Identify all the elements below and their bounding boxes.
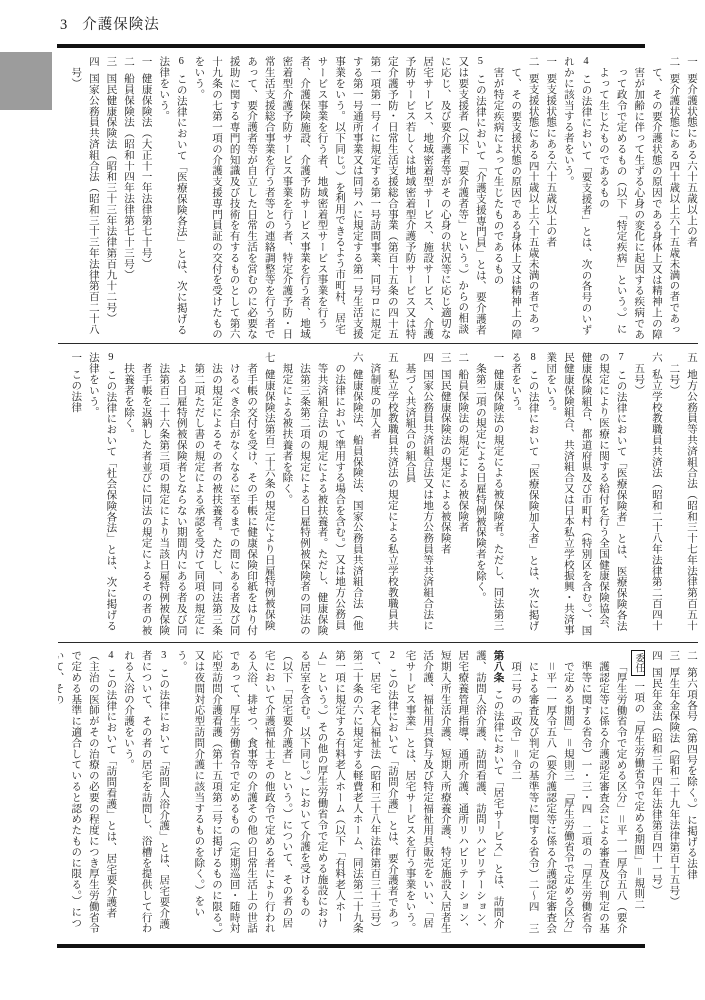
paragraph-number: 一 (141, 56, 152, 67)
law-paragraph: 三国民健康保険法（昭和三十三年法律第百九十二号） (102, 56, 120, 340)
paragraph-number: 二 (528, 56, 539, 67)
law-paragraph: 3この法律において「訪問入浴介護」とは、居宅要介護者について、その者の居宅を訪問… (119, 650, 172, 934)
law-paragraph: 委任一項の「厚生労働省令で定める期間」＝規則二 「厚生労働省令で定める区分」＝平… (506, 650, 647, 934)
paragraph-text: この法律において「社会保険各法」とは、次に掲げる法律をいう。 (88, 352, 117, 631)
law-paragraph: 一健康保険法の規定による被保険者。ただし、同法第三条第二項の規定による日雇特例被… (471, 352, 506, 636)
paragraph-number: 二 (668, 56, 679, 67)
paragraph-text: 私立学校教職員共済法の規定による私立学校教職員共済制度の加入者 (369, 363, 398, 631)
paragraph-number: 一 (686, 56, 697, 67)
paragraph-number: 一 (492, 352, 503, 363)
paragraph-text: この法律において「訪問看護」とは、居宅要介護者（主治の医師がその治療の必要の程度… (58, 650, 116, 933)
paragraph-text: この法律において「医療保険加入者」とは、次に掲げる者をいう。 (510, 352, 539, 631)
band-divider-2 (58, 642, 698, 643)
paragraph-number: 9 (105, 352, 116, 363)
law-paragraph: 二船員保険法の規定による被保険者 (454, 352, 472, 636)
paragraph-text: 健康保険法第百二十六条の規定により日雇特例被保険者手帳の交付を受け、その手帳に健… (123, 363, 275, 636)
law-book-page: 3介護保険法 一要介護状態にある六十五歳以上の者二要介護状態にある四十歳以上六十… (0, 0, 705, 1000)
paragraph-number: 四 (88, 56, 99, 67)
paragraph-number: 六 (352, 352, 363, 363)
paragraph-text: 要介護状態にある四十歳以上六十五歳未満の者であって、その要介護状態の原因である身… (598, 67, 679, 340)
paragraph-number: 七 (264, 352, 275, 363)
paragraph-text: この法律において「医療保険者」とは、医療保険各法の規定により医療に関する給付を行… (545, 352, 626, 636)
paragraph-text: この法律において「訪問入浴介護」とは、居宅要介護者について、その者の居宅を訪問し… (123, 650, 169, 933)
paragraph-text: 国家公務員共済組合法又は地方公務員等共済組合法に基づく共済組合の組合員 (405, 363, 434, 631)
delegation-badge: 委任 (631, 650, 645, 676)
paragraph-number: 四 (422, 352, 433, 363)
paragraph-number: 第八条 (492, 650, 503, 683)
law-paragraph: 7この法律において「医療保険者」とは、医療保険各法の規定により医療に関する給付を… (542, 352, 630, 636)
paragraph-text: この法律において「訪問介護」とは、要介護者であって、居宅（老人福祉法（昭和三十八… (176, 650, 398, 934)
law-paragraph: 二船員保険法（昭和十四年法律第七十三号） (119, 56, 137, 340)
law-paragraph: 一要支援状態にある六十五歳以上の者 (542, 56, 560, 340)
paragraph-number: 一 (70, 352, 81, 363)
law-paragraph: 四国家公務員共済組合法（昭和三十三年法律第百二十八号） (67, 56, 102, 340)
law-paragraph: 4この法律において「要支援者」とは、次の各号のいずれかに該当する者をいう。 (559, 56, 594, 340)
paragraph-number: 六 (651, 352, 662, 363)
paragraph-number: 二 (686, 650, 697, 661)
paragraph-number: 三 (668, 650, 679, 661)
law-paragraph: 四国民年金法（昭和三十四年法律第百四十一号） (647, 650, 665, 934)
paragraph-text: 一項の「厚生労働省令で定める期間」＝規則二 「厚生労働省令で定める区分」＝平一一… (510, 661, 644, 934)
law-paragraph: 9この法律において「社会保険各法」とは、次に掲げる法律をいう。 (84, 352, 119, 636)
paragraph-text: この法律において「要支援者」とは、次の各号のいずれかに該当する者をいう。 (563, 56, 592, 335)
text-band-2: 五地方公務員等共済組合法（昭和三十七年法律第百五十二号）六私立学校教職員共済法（… (58, 352, 700, 636)
paragraph-text: 厚生年金保険法（昭和二十九年法律第百十五号） (668, 667, 679, 907)
law-paragraph: 五私立学校教職員共済法の規定による私立学校教職員共済制度の加入者 (366, 352, 401, 636)
page-number: 3 (60, 17, 68, 33)
paragraph-text: 要支援状態にある六十五歳以上の者 (545, 73, 556, 247)
law-paragraph: 三国民健康保険法の規定による被保険者 (436, 352, 454, 636)
law-paragraph: 6この法律において「医療保険各法」とは、次に掲げる法律をいう。 (155, 56, 190, 340)
paragraph-text: 船員保険法の規定による被保険者 (457, 369, 468, 533)
paragraph-text: 私立学校教職員共済法（昭和二十八年法律第二百四十五号） (633, 363, 662, 631)
law-paragraph: 二要支援状態にある四十歳以上六十五歳未満の者であって、その要支援状態の原因である… (489, 56, 542, 340)
paragraph-text: この法律において「医療保険各法」とは、次に掲げる法律をいう。 (158, 56, 187, 335)
paragraph-text: この法律において「居宅サービス」とは、訪問介護、訪問入浴介護、訪問看護、訪問リハ… (405, 650, 504, 933)
paragraph-text: 地方公務員等共済組合法（昭和三十七年法律第百五十二号） (668, 363, 697, 631)
paragraph-text: 国民健康保険法（昭和三十三年法律第百九十二号） (105, 73, 116, 324)
paragraph-number: 三 (105, 56, 116, 67)
paragraph-number: 8 (528, 352, 539, 363)
paragraph-number: 4 (105, 650, 116, 661)
band-divider-1 (58, 343, 698, 344)
law-paragraph: 五地方公務員等共済組合法（昭和三十七年法律第百五十二号） (665, 352, 700, 636)
header-rule (57, 44, 645, 48)
paragraph-number: 4 (580, 56, 591, 67)
paragraph-number: 四 (651, 650, 662, 661)
law-paragraph: 二要介護状態にある四十歳以上六十五歳未満の者であって、その要介護状態の原因である… (594, 56, 682, 340)
bottom-rule (57, 944, 645, 948)
paragraph-number: 2 (387, 650, 398, 661)
paragraph-text: 船員保険法（昭和十四年法律第七十三号） (123, 73, 134, 280)
page-header: 3介護保険法 (60, 13, 160, 34)
paragraph-text: 国家公務員共済組合法（昭和三十三年法律第百二十八号） (70, 67, 99, 335)
law-paragraph: 一健康保険法（大正十一年法律第七十号） (137, 56, 155, 340)
paragraph-text: 国民年金法（昭和三十四年法律第百四十一号） (651, 667, 662, 896)
law-paragraph: 六私立学校教職員共済法（昭和二十八年法律第二百四十五号） (630, 352, 665, 636)
paragraph-number: 一 (545, 56, 556, 67)
law-paragraph: 5この法律において「介護支援専門員」とは、要介護者又は要支援者（以下「要介護者等… (190, 56, 489, 340)
paragraph-number: 7 (616, 352, 627, 363)
paragraph-text: 健康保険法の規定による被保険者。ただし、同法第三条第二項の規定による日雇特例被保… (475, 363, 504, 631)
paragraph-text: 要支援状態にある四十歳以上六十五歳未満の者であって、その要支援状態の原因である身… (492, 67, 538, 340)
paragraph-number: 6 (176, 56, 187, 67)
law-paragraph: 一この法律 (67, 352, 85, 636)
paragraph-text: 健康保険法（大正十一年法律第七十号） (141, 73, 152, 269)
law-paragraph: 2この法律において「訪問介護」とは、要介護者であって、居宅（老人福祉法（昭和三十… (172, 650, 401, 934)
law-paragraph: 六健康保険法、船員保険法、国家公務員共済組合法（他の法律において準用する場合を含… (278, 352, 366, 636)
paragraph-number: 三 (440, 352, 451, 363)
paragraph-text: この法律 (70, 369, 81, 413)
text-band-3: 二第六項各号（第四号を除く。）に掲げる法律三厚生年金保険法（昭和二十九年法律第百… (58, 650, 700, 934)
paragraph-text: 第六項各号（第四号を除く。）に掲げる法律 (686, 667, 697, 880)
page-title: 介護保険法 (82, 17, 160, 33)
law-paragraph: 一要介護状態にある六十五歳以上の者 (682, 56, 700, 340)
law-paragraph: 七健康保険法第百二十六条の規定により日雇特例被保険者手帳の交付を受け、その手帳に… (119, 352, 277, 636)
paragraph-number: 五 (387, 352, 398, 363)
paragraph-text: 国民健康保険法の規定による被保険者 (440, 369, 451, 554)
paragraph-number: 5 (475, 56, 486, 67)
text-band-1: 一要介護状態にある六十五歳以上の者二要介護状態にある四十歳以上六十五歳未満の者で… (58, 56, 700, 340)
law-paragraph: 四国家公務員共済組合法又は地方公務員等共済組合法に基づく共済組合の組合員 (401, 352, 436, 636)
paragraph-text: 健康保険法、船員保険法、国家公務員共済組合法（他の法律において準用する場合を含む… (281, 363, 362, 636)
edge-index-tab (0, 52, 52, 110)
paragraph-text: 要介護状態にある六十五歳以上の者 (686, 73, 697, 247)
law-paragraph: 三厚生年金保険法（昭和二十九年法律第百十五号） (665, 650, 683, 934)
paragraph-number: 二 (123, 56, 134, 67)
paragraph-number: 二 (457, 352, 468, 363)
law-paragraph: 8この法律において「医療保険加入者」とは、次に掲げる者をいう。 (506, 352, 541, 636)
paragraph-text: この法律において「介護支援専門員」とは、要介護者又は要支援者（以下「要介護者等」… (193, 56, 486, 339)
law-paragraph: 4この法律において「訪問看護」とは、居宅要介護者（主治の医師がその治療の必要の程… (58, 650, 119, 934)
paragraph-number: 3 (158, 650, 169, 661)
law-paragraph: 第八条この法律において「居宅サービス」とは、訪問介護、訪問入浴介護、訪問看護、訪… (401, 650, 507, 934)
law-paragraph: 二第六項各号（第四号を除く。）に掲げる法律 (682, 650, 700, 934)
paragraph-number: 五 (686, 352, 697, 363)
